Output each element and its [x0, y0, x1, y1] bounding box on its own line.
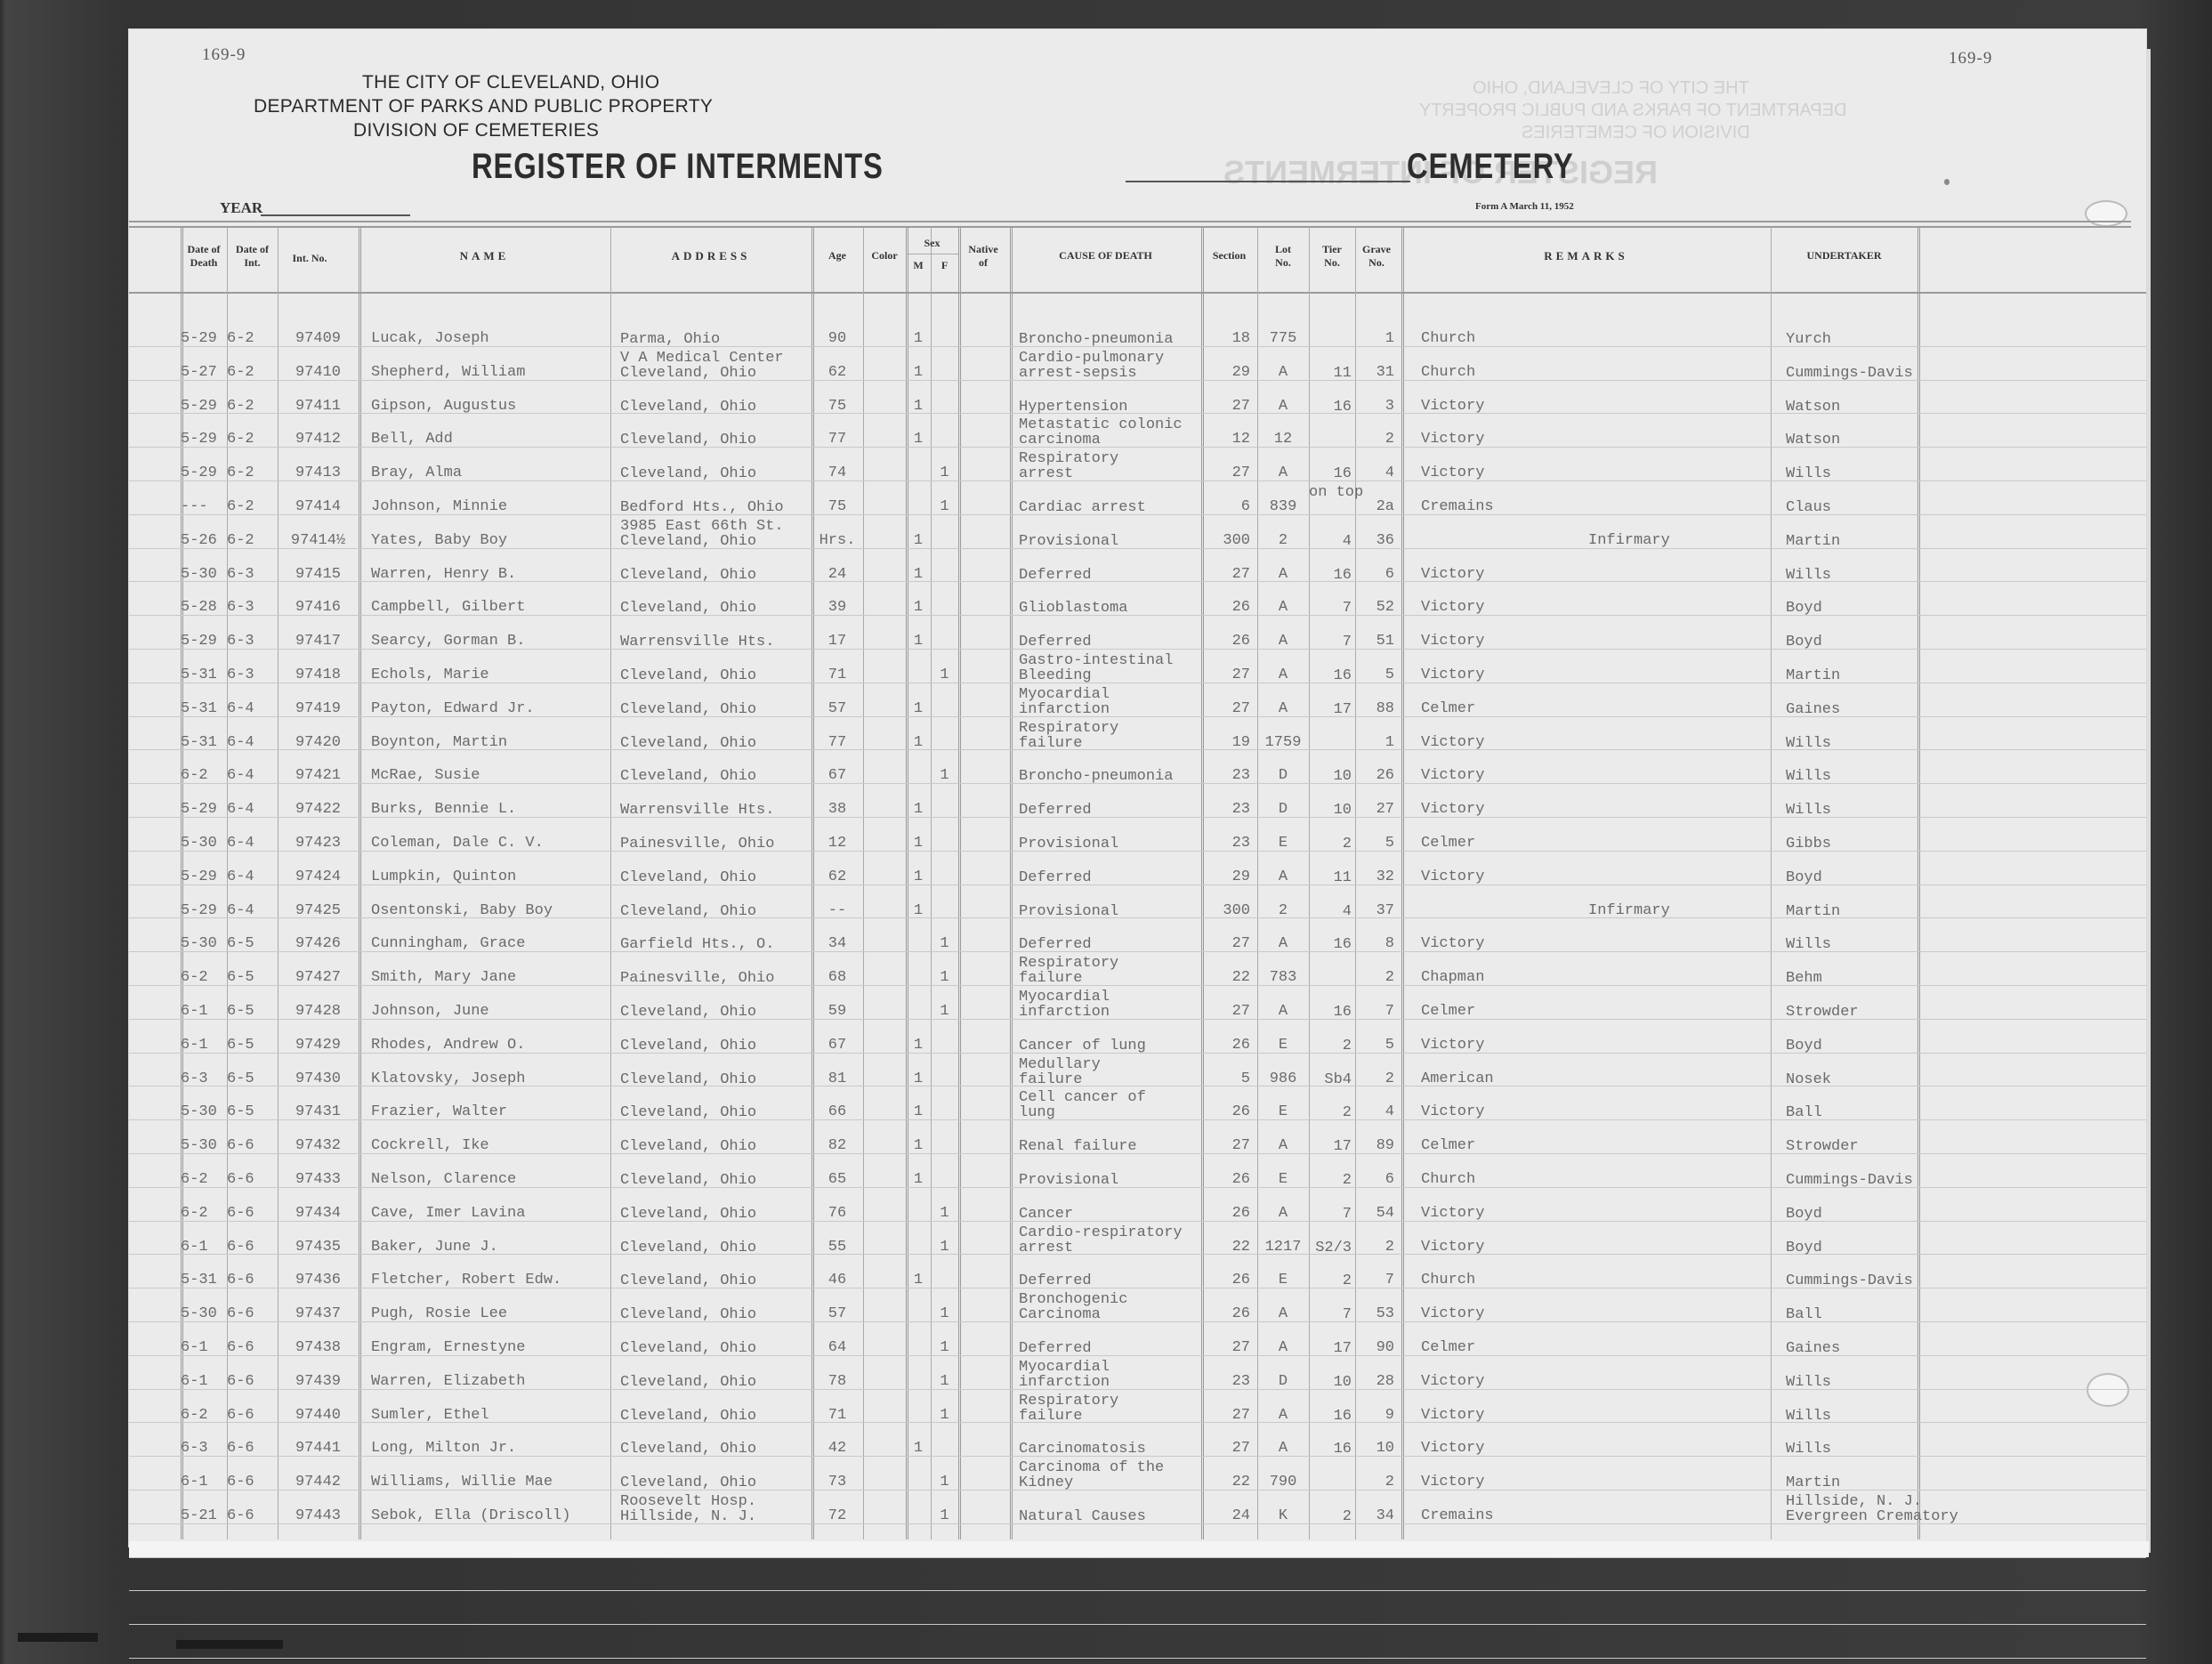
section-cell: 18: [1201, 331, 1250, 347]
grave-number-cell: 6: [1355, 1172, 1394, 1188]
section-cell: 27: [1201, 936, 1250, 952]
address-line-1: [620, 722, 811, 736]
table-row[interactable]: 6-16-697435Baker, June J.Cleveland, Ohio…: [129, 1223, 2146, 1256]
undertaker-line-2: Cummings-Davis: [1786, 366, 1999, 381]
year-label: YEAR: [220, 199, 262, 217]
address-cell: Warrensville Hts.: [620, 617, 811, 650]
table-row[interactable]: 6-16-697439Warren, ElizabethCleveland, O…: [129, 1357, 2146, 1391]
section-cell: 12: [1201, 432, 1250, 448]
cause-of-death-cell: Provisional: [1019, 819, 1201, 852]
address-line-1: [620, 1024, 811, 1038]
header-rule-top-2: [129, 226, 2131, 228]
age-cell: Hrs.: [814, 533, 860, 549]
table-row[interactable]: 6-26-597427Smith, Mary JanePainesville, …: [129, 953, 2146, 987]
date-of-interment-cell: 6-2: [227, 365, 278, 381]
ruled-line: [129, 1590, 2146, 1591]
sex-male-cell: 1: [906, 1104, 931, 1120]
decedent-name-cell: Cunningham, Grace: [371, 936, 611, 952]
age-cell: --: [814, 903, 860, 919]
age-cell: 67: [814, 768, 860, 784]
table-row[interactable]: 5-316-497419Payton, Edward Jr.Cleveland,…: [129, 684, 2146, 718]
date-of-interment-cell: 6-4: [227, 836, 278, 852]
table-row[interactable]: 6-26-697434Cave, Imer LavinaCleveland, O…: [129, 1189, 2146, 1223]
table-row[interactable]: 5-306-497423Coleman, Dale C. V.Painesvil…: [129, 819, 2146, 852]
grave-number-cell: 2: [1355, 432, 1394, 448]
decedent-name-cell: Klatovsky, Joseph: [371, 1071, 611, 1087]
date-of-death-cell: 6-2: [181, 1172, 227, 1188]
interment-number-cell: 97443: [278, 1508, 359, 1524]
cause-of-death-line-1: Respiratory: [1019, 1394, 1201, 1409]
table-row[interactable]: 5-296-497422Burks, Bennie L.Warrensville…: [129, 785, 2146, 819]
cause-of-death-line-2: Kidney: [1019, 1475, 1201, 1490]
address-line-2: Cleveland, Ohio: [620, 1005, 811, 1020]
table-row[interactable]: 6-16-697442Williams, Willie MaeCleveland…: [129, 1458, 2146, 1491]
tier-number-line-2: 11: [1309, 870, 1352, 885]
lot-number-cell: A: [1257, 600, 1309, 616]
address-line-2: Painesville, Ohio: [620, 836, 811, 852]
date-of-interment-cell: 6-6: [227, 1172, 278, 1188]
undertaker-line-2: Behm: [1786, 971, 1999, 986]
date-of-death-cell: 5-30: [181, 836, 227, 852]
address-line-1: Roosevelt Hosp.: [620, 1495, 811, 1509]
table-row[interactable]: 5-296-297412Bell, AddCleveland, Ohio771M…: [129, 415, 2146, 448]
address-line-2: Painesville, Ohio: [620, 971, 811, 986]
interment-number-cell: 97413: [278, 465, 359, 481]
address-cell: Cleveland, Ohio: [620, 1256, 811, 1288]
table-row[interactable]: 5-306-397415Warren, Henry B.Cleveland, O…: [129, 550, 2146, 584]
tier-number-cell: 10: [1309, 1357, 1352, 1390]
undertaker-cell: Ball: [1786, 1087, 1999, 1120]
cause-of-death-line-2: Broncho-pneumonia: [1019, 769, 1201, 784]
table-row[interactable]: 6-26-697440Sumler, EthelCleveland, Ohio7…: [129, 1391, 2146, 1425]
tier-number-line-1: [1309, 755, 1352, 769]
cemetery-label: CEMETERY: [1407, 147, 1574, 187]
cause-of-death-line-1: [1019, 385, 1201, 400]
table-row[interactable]: 6-36-697441Long, Milton Jr.Cleveland, Oh…: [129, 1424, 2146, 1458]
cause-of-death-cell: Deferred: [1019, 852, 1201, 885]
tier-number-line-1: [1309, 1461, 1352, 1475]
address-line-1: [620, 1327, 811, 1341]
col-date-of-int: Date of Int.: [227, 243, 278, 270]
cemetery-name-cell: Cremains: [1421, 1508, 1554, 1524]
table-row[interactable]: 5-306-697437Pugh, Rosie LeeCleveland, Oh…: [129, 1289, 2146, 1323]
table-row[interactable]: 5-296-497425Osentonski, Baby BoyClevelan…: [129, 886, 2146, 920]
table-row[interactable]: 6-16-597428Johnson, JuneCleveland, Ohio5…: [129, 987, 2146, 1021]
cemetery-name-cell: Victory: [1421, 432, 1554, 448]
address-cell: Cleveland, Ohio: [620, 382, 811, 415]
cause-of-death-line-1: [1019, 1192, 1201, 1207]
table-row[interactable]: 5-316-397418Echols, MarieCleveland, Ohio…: [129, 650, 2146, 684]
age-cell: 42: [814, 1441, 860, 1457]
tier-number-line-2: 16: [1309, 668, 1352, 683]
cemetery-name-cell: Victory: [1421, 1104, 1554, 1120]
undertaker-line-2: Boyd: [1786, 601, 1999, 616]
address-line-1: [620, 586, 811, 601]
tier-number-cell: 2: [1309, 1155, 1352, 1188]
undertaker-cell: Wills: [1786, 718, 1999, 751]
decedent-name-cell: Johnson, Minnie: [371, 499, 611, 515]
address-line-1: [620, 990, 811, 1005]
table-row[interactable]: 6-26-697433Nelson, ClarenceCleveland, Oh…: [129, 1155, 2146, 1189]
col-lot-no: Lot No.: [1268, 243, 1298, 270]
address-line-1: [620, 1259, 811, 1273]
cause-of-death-line-1: Respiratory: [1019, 957, 1201, 971]
undertaker-line-1: [1786, 1361, 1999, 1375]
sex-male-cell: 1: [906, 567, 931, 583]
age-cell: 67: [814, 1038, 860, 1054]
department-header: DEPARTMENT OF PARKS AND PUBLIC PROPERTY: [254, 96, 713, 117]
date-of-death-cell: 5-29: [181, 399, 227, 415]
undertaker-line-2: Nosek: [1786, 1072, 1999, 1087]
tier-number-line-2: 2: [1309, 1038, 1352, 1054]
cemetery-name-line: [1126, 181, 1410, 182]
cause-of-death-line-2: failure: [1019, 736, 1201, 751]
address-cell: Cleveland, Ohio: [620, 684, 811, 717]
tier-number-cell: 7: [1309, 1289, 1352, 1322]
table-row[interactable]: 5-306-697432Cockrell, IkeCleveland, Ohio…: [129, 1121, 2146, 1155]
tier-number-line-1: [1309, 990, 1352, 1005]
tier-number-line-1: [1309, 722, 1352, 736]
undertaker-cell: Gaines: [1786, 684, 1999, 717]
lot-number-cell: A: [1257, 1340, 1309, 1356]
cemetery-name-cell: Victory: [1421, 1408, 1554, 1424]
address-line-1: [620, 1091, 811, 1105]
cemetery-name-cell: Victory: [1421, 465, 1554, 481]
age-cell: 77: [814, 735, 860, 751]
cause-of-death-cell: Provisional: [1019, 886, 1201, 919]
table-row[interactable]: 5-296-297411Gipson, AugustusCleveland, O…: [129, 382, 2146, 416]
tier-number-line-2: 10: [1309, 769, 1352, 784]
cemetery-name-cell: Victory: [1421, 936, 1554, 952]
address-line-2: Cleveland, Ohio: [620, 1341, 811, 1356]
page-bottom-edge: [129, 1541, 2149, 1557]
address-line-2: Hillside, N. J.: [620, 1509, 811, 1524]
cemetery-name-cell: Victory: [1421, 399, 1554, 415]
year-line: [261, 214, 410, 216]
sex-female-cell: 1: [931, 1206, 958, 1222]
grave-number-cell: 7: [1355, 1004, 1394, 1020]
undertaker-cell: Boyd: [1786, 1021, 1999, 1054]
cause-of-death-line-2: Cardiac arrest: [1019, 500, 1201, 515]
register-title: REGISTER OF INTERMENTS: [472, 147, 884, 187]
address-line-2: Cleveland, Ohio: [620, 366, 811, 381]
lot-number-cell: E: [1257, 1104, 1309, 1120]
table-row[interactable]: 5-296-497424Lumpkin, QuintonCleveland, O…: [129, 852, 2146, 886]
cause-of-death-cell: Metastatic coloniccarcinoma: [1019, 415, 1201, 448]
grave-number-cell: 32: [1355, 869, 1394, 885]
age-cell: 62: [814, 869, 860, 885]
address-line-1: [620, 822, 811, 836]
undertaker-line-2: Boyd: [1786, 870, 1999, 885]
interment-number-cell: 97441: [278, 1441, 359, 1457]
table-row[interactable]: 5-276-297410Shepherd, WilliamV A Medical…: [129, 348, 2146, 382]
table-row[interactable]: 5-296-297409Lucak, JosephParma, Ohio901B…: [129, 314, 2146, 348]
interment-number-cell: 97432: [278, 1138, 359, 1154]
cause-of-death-cell: Deferred: [1019, 919, 1201, 952]
lot-number-cell: A: [1257, 634, 1309, 650]
date-of-death-cell: 5-30: [181, 1138, 227, 1154]
cause-of-death-line-1: Medullary: [1019, 1058, 1201, 1072]
address-cell: Warrensville Hts.: [620, 785, 811, 818]
sex-female-cell: 1: [931, 1408, 958, 1424]
date-of-death-cell: 6-3: [181, 1441, 227, 1457]
tier-number-line-2: 7: [1309, 601, 1352, 616]
tier-number-cell: 7: [1309, 1189, 1352, 1222]
table-row[interactable]: 6-36-597430Klatovsky, JosephCleveland, O…: [129, 1054, 2146, 1088]
cemetery-name-cell: Victory: [1421, 768, 1554, 784]
address-cell: Cleveland, Ohio: [620, 1391, 811, 1424]
age-cell: 78: [814, 1374, 860, 1390]
undertaker-line-2: Claus: [1786, 500, 1999, 515]
section-cell: 26: [1201, 1172, 1250, 1188]
table-row[interactable]: 5-266-297414½Yates, Baby Boy3985 East 66…: [129, 516, 2146, 550]
undertaker-line-1: [1786, 586, 1999, 601]
cemetery-name-cell: Celmer: [1421, 701, 1554, 717]
tier-number-line-1: [1309, 1125, 1352, 1139]
grave-number-cell: 51: [1355, 634, 1394, 650]
table-row[interactable]: 5-296-297413Bray, AlmaCleveland, Ohio741…: [129, 448, 2146, 482]
sex-male-cell: 1: [906, 399, 931, 415]
cause-of-death-line-2: carcinoma: [1019, 432, 1201, 448]
tier-number-line-2: 16: [1309, 937, 1352, 952]
table-row[interactable]: 5-296-397417Searcy, Gorman B.Warrensvill…: [129, 617, 2146, 650]
tier-number-line-2: 17: [1309, 702, 1352, 717]
table-row[interactable]: 6-16-697438Engram, ErnestyneCleveland, O…: [129, 1323, 2146, 1357]
section-cell: 23: [1201, 802, 1250, 818]
sex-male-cell: 1: [906, 1272, 931, 1288]
lot-number-cell: A: [1257, 1004, 1309, 1020]
tier-number-cell: 17: [1309, 1323, 1352, 1356]
address-line-2: Cleveland, Ohio: [620, 1273, 811, 1288]
table-row[interactable]: 6-16-597429Rhodes, Andrew O.Cleveland, O…: [129, 1021, 2146, 1054]
undertaker-cell: Watson: [1786, 382, 1999, 415]
cemetery-name-cell: Celmer: [1421, 1138, 1554, 1154]
tier-number-line-1: [1309, 1226, 1352, 1240]
interment-number-cell: 97439: [278, 1374, 359, 1390]
tier-number-line-2: 16: [1309, 400, 1352, 415]
tier-number-line-1: [1309, 1495, 1352, 1509]
tier-number-cell: 16: [1309, 650, 1352, 683]
undertaker-line-1: [1786, 1159, 1999, 1173]
undertaker-line-1: [1786, 520, 1999, 534]
lot-number-cell: 790: [1257, 1474, 1309, 1490]
undertaker-cell: Claus: [1786, 482, 1999, 515]
date-of-interment-cell: 6-6: [227, 1408, 278, 1424]
lot-number-cell: A: [1257, 365, 1309, 381]
undertaker-line-2: Gaines: [1786, 702, 1999, 717]
decedent-name-cell: Johnson, June: [371, 1004, 611, 1020]
lot-number-cell: 783: [1257, 970, 1309, 986]
age-cell: 57: [814, 701, 860, 717]
sex-male-cell: 1: [906, 903, 931, 919]
cause-of-death-line-2: Provisional: [1019, 534, 1201, 549]
grave-number-cell: 1: [1355, 735, 1394, 751]
section-cell: 27: [1201, 465, 1250, 481]
address-cell: Cleveland, Ohio: [620, 751, 811, 784]
table-row[interactable]: 5-306-597426Cunningham, GraceGarfield Ht…: [129, 919, 2146, 953]
address-cell: Painesville, Ohio: [620, 953, 811, 986]
date-of-death-cell: 5-31: [181, 667, 227, 683]
tier-number-line-1: [1309, 418, 1352, 432]
sex-male-cell: 1: [906, 1038, 931, 1054]
address-cell: Cleveland, Ohio: [620, 852, 811, 885]
undertaker-line-2: Martin: [1786, 1475, 1999, 1490]
cause-of-death-line-2: arrest-sepsis: [1019, 366, 1201, 381]
age-cell: 71: [814, 1408, 860, 1424]
undertaker-line-1: [1786, 688, 1999, 702]
grave-number-cell: 2: [1355, 970, 1394, 986]
cause-of-death-cell: Cancer: [1019, 1189, 1201, 1222]
tier-number-line-2: 2: [1309, 1273, 1352, 1288]
cause-of-death-cell: Cardio-pulmonaryarrest-sepsis: [1019, 348, 1201, 381]
table-row[interactable]: 5-216-697443Sebok, Ella (Driscoll)Roosev…: [129, 1491, 2146, 1525]
date-of-death-cell: 6-1: [181, 1340, 227, 1356]
date-of-death-cell: 5-21: [181, 1508, 227, 1524]
undertaker-line-2: Watson: [1786, 432, 1999, 448]
col-age: Age: [811, 249, 863, 263]
section-cell: 6: [1201, 499, 1250, 515]
date-of-death-cell: 6-3: [181, 1071, 227, 1087]
section-cell: 300: [1201, 533, 1250, 549]
cemetery-name-cell: Victory: [1421, 1306, 1554, 1322]
cause-of-death-line-1: [1019, 553, 1201, 568]
bleedthrough-text: DIVISION OF CEMETERIES: [1522, 123, 1750, 143]
lot-number-cell: A: [1257, 667, 1309, 683]
cause-of-death-cell: Glioblastoma: [1019, 583, 1201, 616]
interment-number-cell: 97420: [278, 735, 359, 751]
address-line-2: Cleveland, Ohio: [620, 534, 811, 549]
col-cause-of-death: CAUSE OF DEATH: [1010, 249, 1201, 263]
tier-number-line-2: 4: [1309, 904, 1352, 919]
table-row[interactable]: 5-316-697436Fletcher, Robert Edw.Clevela…: [129, 1256, 2146, 1289]
decedent-name-cell: Baker, June J.: [371, 1240, 611, 1256]
tier-number-cell: 2: [1309, 1491, 1352, 1524]
address-line-1: [620, 1125, 811, 1139]
lot-number-cell: 12: [1257, 432, 1309, 448]
section-cell: 26: [1201, 1206, 1250, 1222]
cause-of-death-line-1: Cardio-respiratory: [1019, 1226, 1201, 1240]
address-line-2: Warrensville Hts.: [620, 634, 811, 650]
undertaker-line-2: Martin: [1786, 534, 1999, 549]
section-cell: 26: [1201, 600, 1250, 616]
cause-of-death-line-2: Natural Causes: [1019, 1509, 1201, 1524]
address-line-2: Cleveland, Ohio: [620, 601, 811, 616]
date-of-interment-cell: 6-2: [227, 533, 278, 549]
remarks-cell: Infirmary: [1588, 533, 1722, 549]
decedent-name-cell: Long, Milton Jr.: [371, 1441, 611, 1457]
cause-of-death-cell: Provisional: [1019, 1155, 1201, 1188]
sex-female-cell: 1: [931, 768, 958, 784]
address-line-2: Cleveland, Ohio: [620, 904, 811, 919]
undertaker-line-1: [1786, 318, 1999, 332]
sex-male-cell: 1: [906, 1071, 931, 1087]
cause-of-death-line-1: [1019, 788, 1201, 803]
sex-male-cell: 1: [906, 634, 931, 650]
date-of-death-cell: 5-26: [181, 533, 227, 549]
date-of-death-cell: 5-31: [181, 1272, 227, 1288]
address-cell: Bedford Hts., Ohio: [620, 482, 811, 515]
grave-number-cell: 4: [1355, 465, 1394, 481]
cause-of-death-line-2: infarction: [1019, 1005, 1201, 1020]
address-cell: Cleveland, Ohio: [620, 1323, 811, 1356]
cause-of-death-cell: Deferred: [1019, 617, 1201, 650]
section-cell: 26: [1201, 1038, 1250, 1054]
undertaker-line-1: [1786, 923, 1999, 937]
grave-number-cell: 3: [1355, 399, 1394, 415]
cause-of-death-line-2: infarction: [1019, 702, 1201, 717]
lot-number-cell: A: [1257, 465, 1309, 481]
date-of-interment-cell: 6-6: [227, 1206, 278, 1222]
address-cell: Parma, Ohio: [620, 314, 811, 347]
undertaker-cell: Martin: [1786, 1458, 1999, 1490]
table-row[interactable]: 5-316-497420Boynton, MartinCleveland, Oh…: [129, 718, 2146, 752]
date-of-death-cell: 5-29: [181, 802, 227, 818]
address-line-2: Cleveland, Ohio: [620, 400, 811, 415]
date-of-death-cell: 6-1: [181, 1240, 227, 1256]
lot-number-cell: D: [1257, 802, 1309, 818]
table-row[interactable]: 6-26-497421McRae, SusieCleveland, Ohio67…: [129, 751, 2146, 785]
decedent-name-cell: Osentonski, Baby Boy: [371, 903, 611, 919]
address-cell: Cleveland, Ohio: [620, 583, 811, 616]
cause-of-death-cell: Deferred: [1019, 785, 1201, 818]
section-cell: 27: [1201, 701, 1250, 717]
decedent-name-cell: Frazier, Walter: [371, 1104, 611, 1120]
interment-number-cell: 97419: [278, 701, 359, 717]
cause-of-death-line-1: [1019, 318, 1201, 332]
tier-number-line-1: [1309, 620, 1352, 634]
tier-number-cell: [1309, 953, 1352, 971]
cause-of-death-line-2: Provisional: [1019, 904, 1201, 919]
decedent-name-cell: Rhodes, Andrew O.: [371, 1038, 611, 1054]
age-cell: 39: [814, 600, 860, 616]
table-row[interactable]: 5-286-397416Campbell, GilbertCleveland, …: [129, 583, 2146, 617]
grave-number-cell: 31: [1355, 365, 1394, 381]
section-cell: 29: [1201, 869, 1250, 885]
age-cell: 17: [814, 634, 860, 650]
col-sex-m: M: [906, 259, 931, 272]
date-of-death-cell: 6-1: [181, 1474, 227, 1490]
address-cell: Cleveland, Ohio: [620, 1357, 811, 1390]
table-row[interactable]: 5-306-597431Frazier, WalterCleveland, Oh…: [129, 1087, 2146, 1121]
address-cell: Cleveland, Ohio: [620, 718, 811, 751]
date-of-interment-cell: 6-6: [227, 1508, 278, 1524]
tier-number-line-1: [1309, 1058, 1352, 1072]
date-of-death-cell: ---: [181, 499, 227, 515]
cause-of-death-cell: Gastro-intestinalBleeding: [1019, 650, 1201, 683]
undertaker-line-1: [1786, 890, 1999, 904]
cemetery-name-cell: Victory: [1421, 1240, 1554, 1256]
cause-of-death-line-1: Myocardial: [1019, 688, 1201, 702]
address-line-2: Cleveland, Ohio: [620, 1240, 811, 1256]
date-of-interment-cell: 6-5: [227, 1071, 278, 1087]
decedent-name-cell: Bell, Add: [371, 432, 611, 448]
cause-of-death-cell: Deferred: [1019, 1323, 1201, 1356]
table-row[interactable]: ---6-297414Johnson, MinnieBedford Hts., …: [129, 482, 2146, 516]
cause-of-death-line-2: Cancer: [1019, 1207, 1201, 1222]
tier-number-line-2: 17: [1309, 1341, 1352, 1356]
address-line-2: Parma, Ohio: [620, 332, 811, 347]
grave-number-cell: 53: [1355, 1306, 1394, 1322]
section-cell: 27: [1201, 399, 1250, 415]
lot-number-cell: A: [1257, 1138, 1309, 1154]
undertaker-cell: Strowder: [1786, 987, 1999, 1020]
sex-male-cell: 1: [906, 1172, 931, 1188]
lot-number-cell: 2: [1257, 533, 1309, 549]
grave-number-cell: 2: [1355, 1240, 1394, 1256]
address-line-1: [620, 318, 811, 332]
cause-of-death-line-1: Cell cancer of: [1019, 1091, 1201, 1105]
page-number-right: 169-9: [1949, 49, 1992, 69]
